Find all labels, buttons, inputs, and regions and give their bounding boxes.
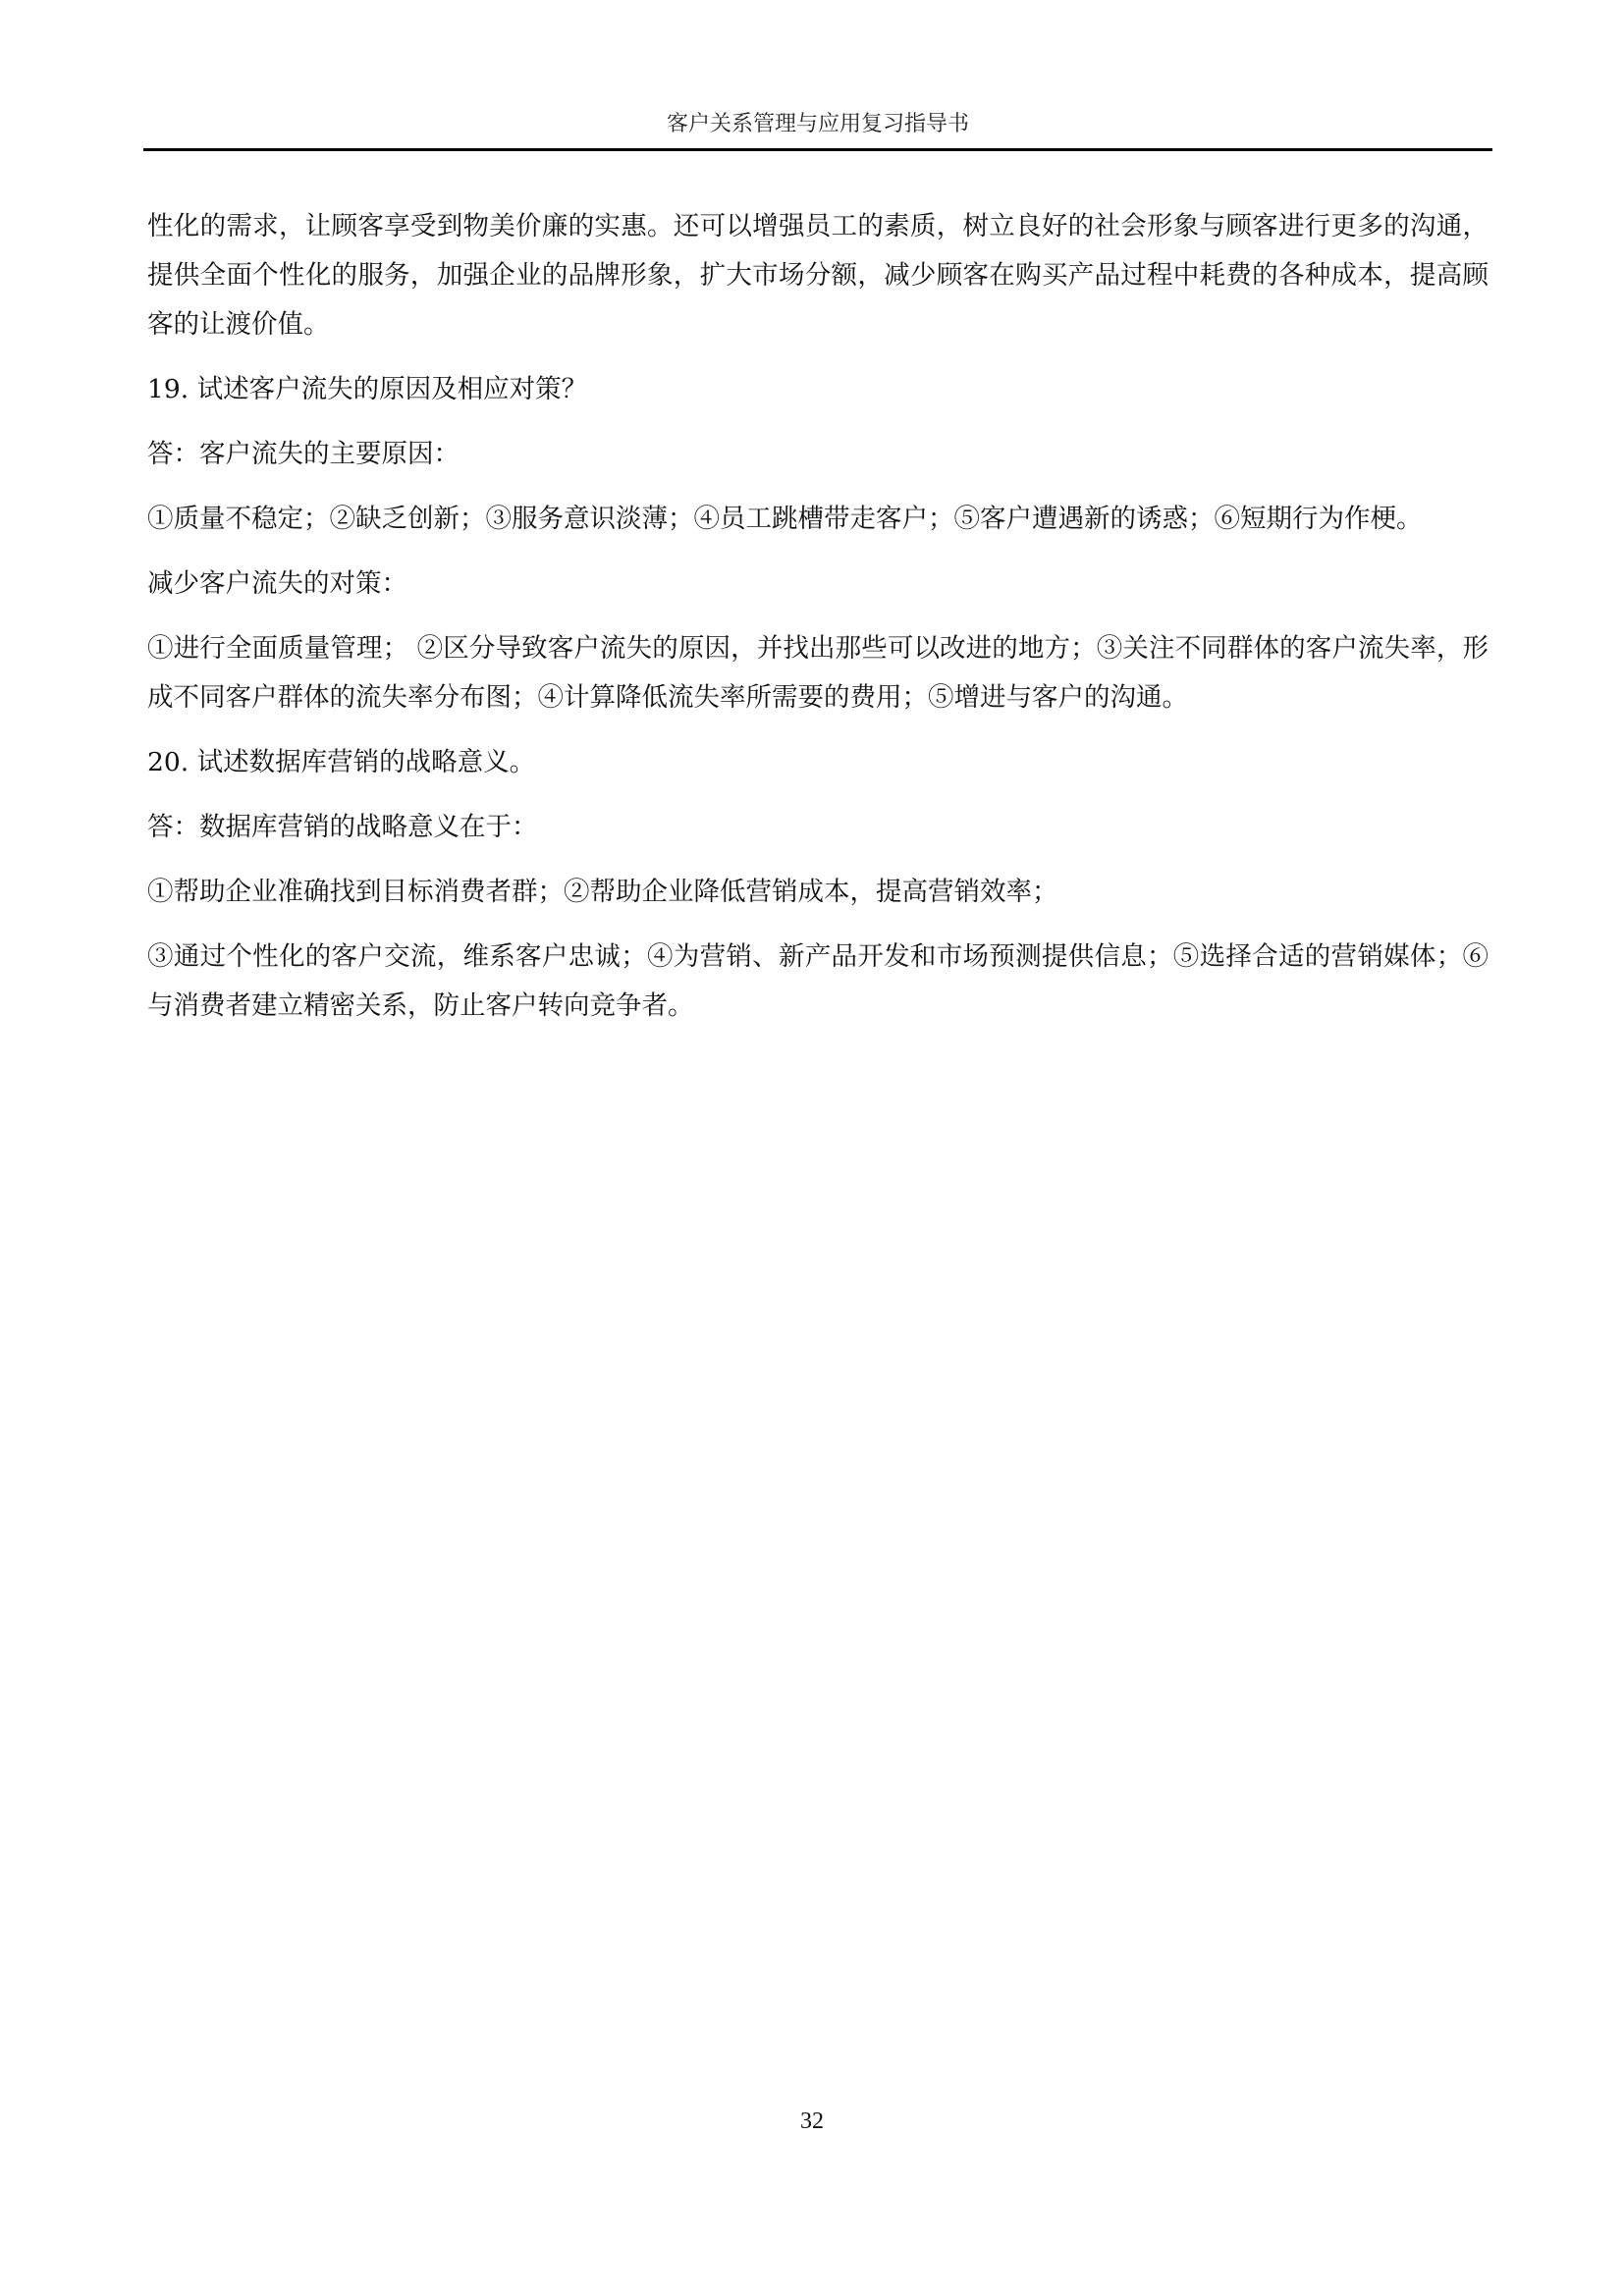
answer-20-points-b: ③通过个性化的客户交流，维系客户忠诚；④为营销、新产品开发和市场预测提供信息；⑤…: [147, 933, 1489, 1031]
header-rule: [143, 148, 1492, 151]
paragraph-continuation: 性化的需求，让顾客享受到物美价廉的实惠。还可以增强员工的素质，树立良好的社会形象…: [147, 202, 1489, 349]
answer-19-countermeasures: ①进行全面质量管理； ②区分导致客户流失的原因，并找出那些可以改进的地方；③关注…: [147, 624, 1489, 722]
running-header: 客户关系管理与应用复习指导书: [143, 110, 1492, 139]
question-20: 20. 试述数据库营销的战略意义。: [147, 738, 1489, 787]
answer-19-reasons: ①质量不稳定；②缺乏创新；③服务意识淡薄；④员工跳槽带走客户；⑤客户遭遇新的诱惑…: [147, 495, 1489, 544]
page-number: 32: [0, 2109, 1624, 2135]
answer-19-intro: 答：客户流失的主要原因：: [147, 430, 1489, 479]
answer-19-countermeasures-heading: 减少客户流失的对策：: [147, 560, 1489, 609]
answer-20-points-a: ①帮助企业准确找到目标消费者群；②帮助企业降低营销成本，提高营销效率；: [147, 868, 1489, 917]
question-19: 19. 试述客户流失的原因及相应对策？: [147, 365, 1489, 414]
page-body: 性化的需求，让顾客享受到物美价廉的实惠。还可以增强员工的素质，树立良好的社会形象…: [147, 202, 1489, 1046]
answer-20-intro: 答：数据库营销的战略意义在于：: [147, 803, 1489, 852]
